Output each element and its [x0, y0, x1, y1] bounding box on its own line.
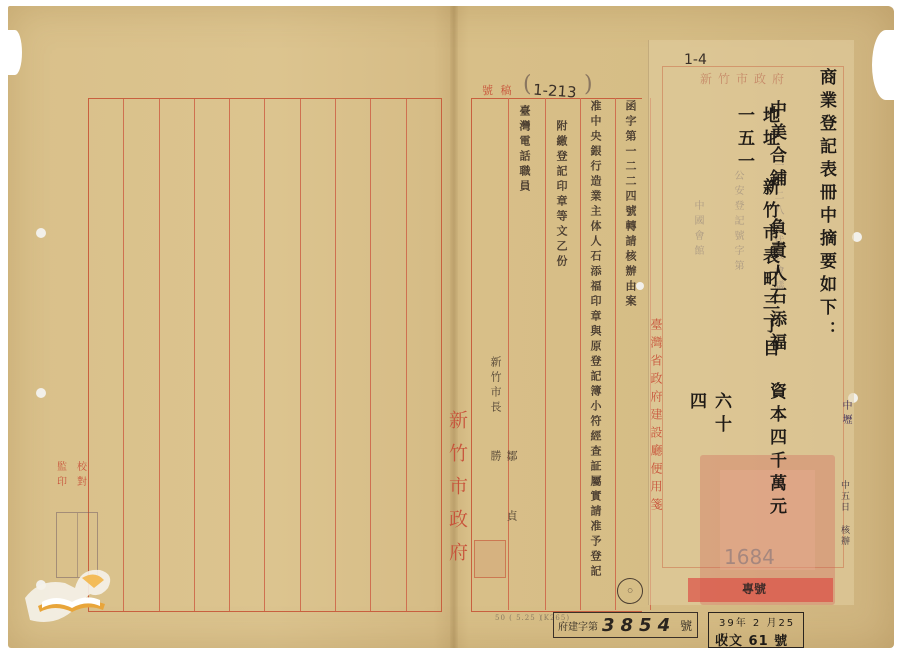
left-ruled-grid	[88, 98, 442, 612]
memo-printed-side-label: 臺灣省政府建設廳便用箋	[648, 318, 665, 516]
ledger-rule	[615, 98, 616, 610]
mayor-title: 新竹市長	[487, 356, 503, 446]
punch-hole	[36, 388, 46, 398]
mayor-name: 鄒 貞 勝	[487, 450, 519, 550]
grid-column	[230, 99, 265, 611]
memo-handwritten-line-1: 商業登記表冊中摘要如下：	[814, 68, 839, 368]
recipient-column: 臺灣電話職員	[516, 105, 532, 305]
registration-number: 3854	[602, 615, 676, 636]
grid-column	[124, 99, 159, 611]
seal-label: 專號	[742, 580, 766, 597]
label-jian: 監	[52, 458, 72, 473]
label-yin: 印	[52, 473, 72, 488]
draft-number-label: 號 稿	[482, 82, 514, 98]
round-ink-seal: ○	[617, 578, 643, 604]
label-dui: 對	[72, 473, 92, 488]
issuer-hsinchu-city-government: 新竹市政府	[444, 410, 471, 575]
mayor-red-seal	[474, 540, 506, 578]
received-date-stamp: 39年 2 月25日 收文 61 號	[708, 612, 804, 648]
memo-pencil-number: 1684	[724, 545, 775, 569]
registration-prefix: 府建字第	[558, 618, 598, 633]
memo-printed-title: 新竹市政府	[700, 70, 790, 87]
paren-open: (	[523, 72, 532, 97]
label-jiao: 校	[72, 458, 92, 473]
archive-book-logo-icon	[20, 558, 120, 628]
memo-handwritten-line-3: 地址 新竹市表町三丁目一五一	[732, 106, 782, 366]
received-number: 收文 61 號	[715, 630, 788, 649]
side-mark-approve: 中五日 核辦	[838, 480, 851, 547]
side-mark-zhongli: 中壢	[838, 400, 853, 428]
memo-handwritten-note: 六十四	[684, 392, 734, 452]
ledger-rule	[580, 98, 581, 610]
body-text-column-1: 准中央銀行造業主体人石添福印章與原登記簿小符經查証屬實請准予登記	[587, 100, 603, 610]
ledger-rule	[545, 98, 546, 610]
grid-column	[407, 99, 441, 611]
grid-column	[265, 99, 300, 611]
grid-column	[371, 99, 406, 611]
proofread-seal-labels: 校 對 監 印	[52, 458, 92, 488]
paren-close: )	[584, 72, 593, 97]
torn-edge-right	[872, 30, 900, 100]
memo-pencil-header: 1-4	[684, 52, 707, 68]
registration-suffix: 號	[680, 617, 692, 634]
punch-hole	[36, 228, 46, 238]
grid-column	[160, 99, 195, 611]
form-code-left: 50 ( 5.25 )	[495, 614, 543, 622]
grid-column	[301, 99, 336, 611]
grid-column	[195, 99, 230, 611]
body-text-column-2: 附繳登記印章等文乙份	[553, 120, 569, 320]
grid-column	[336, 99, 371, 611]
torn-edge-left	[8, 30, 22, 75]
registration-number-stamp: 府建字第 3854 號	[553, 612, 698, 638]
file-number-column: 函字第一二二四號轉請核辦由案	[622, 100, 638, 380]
